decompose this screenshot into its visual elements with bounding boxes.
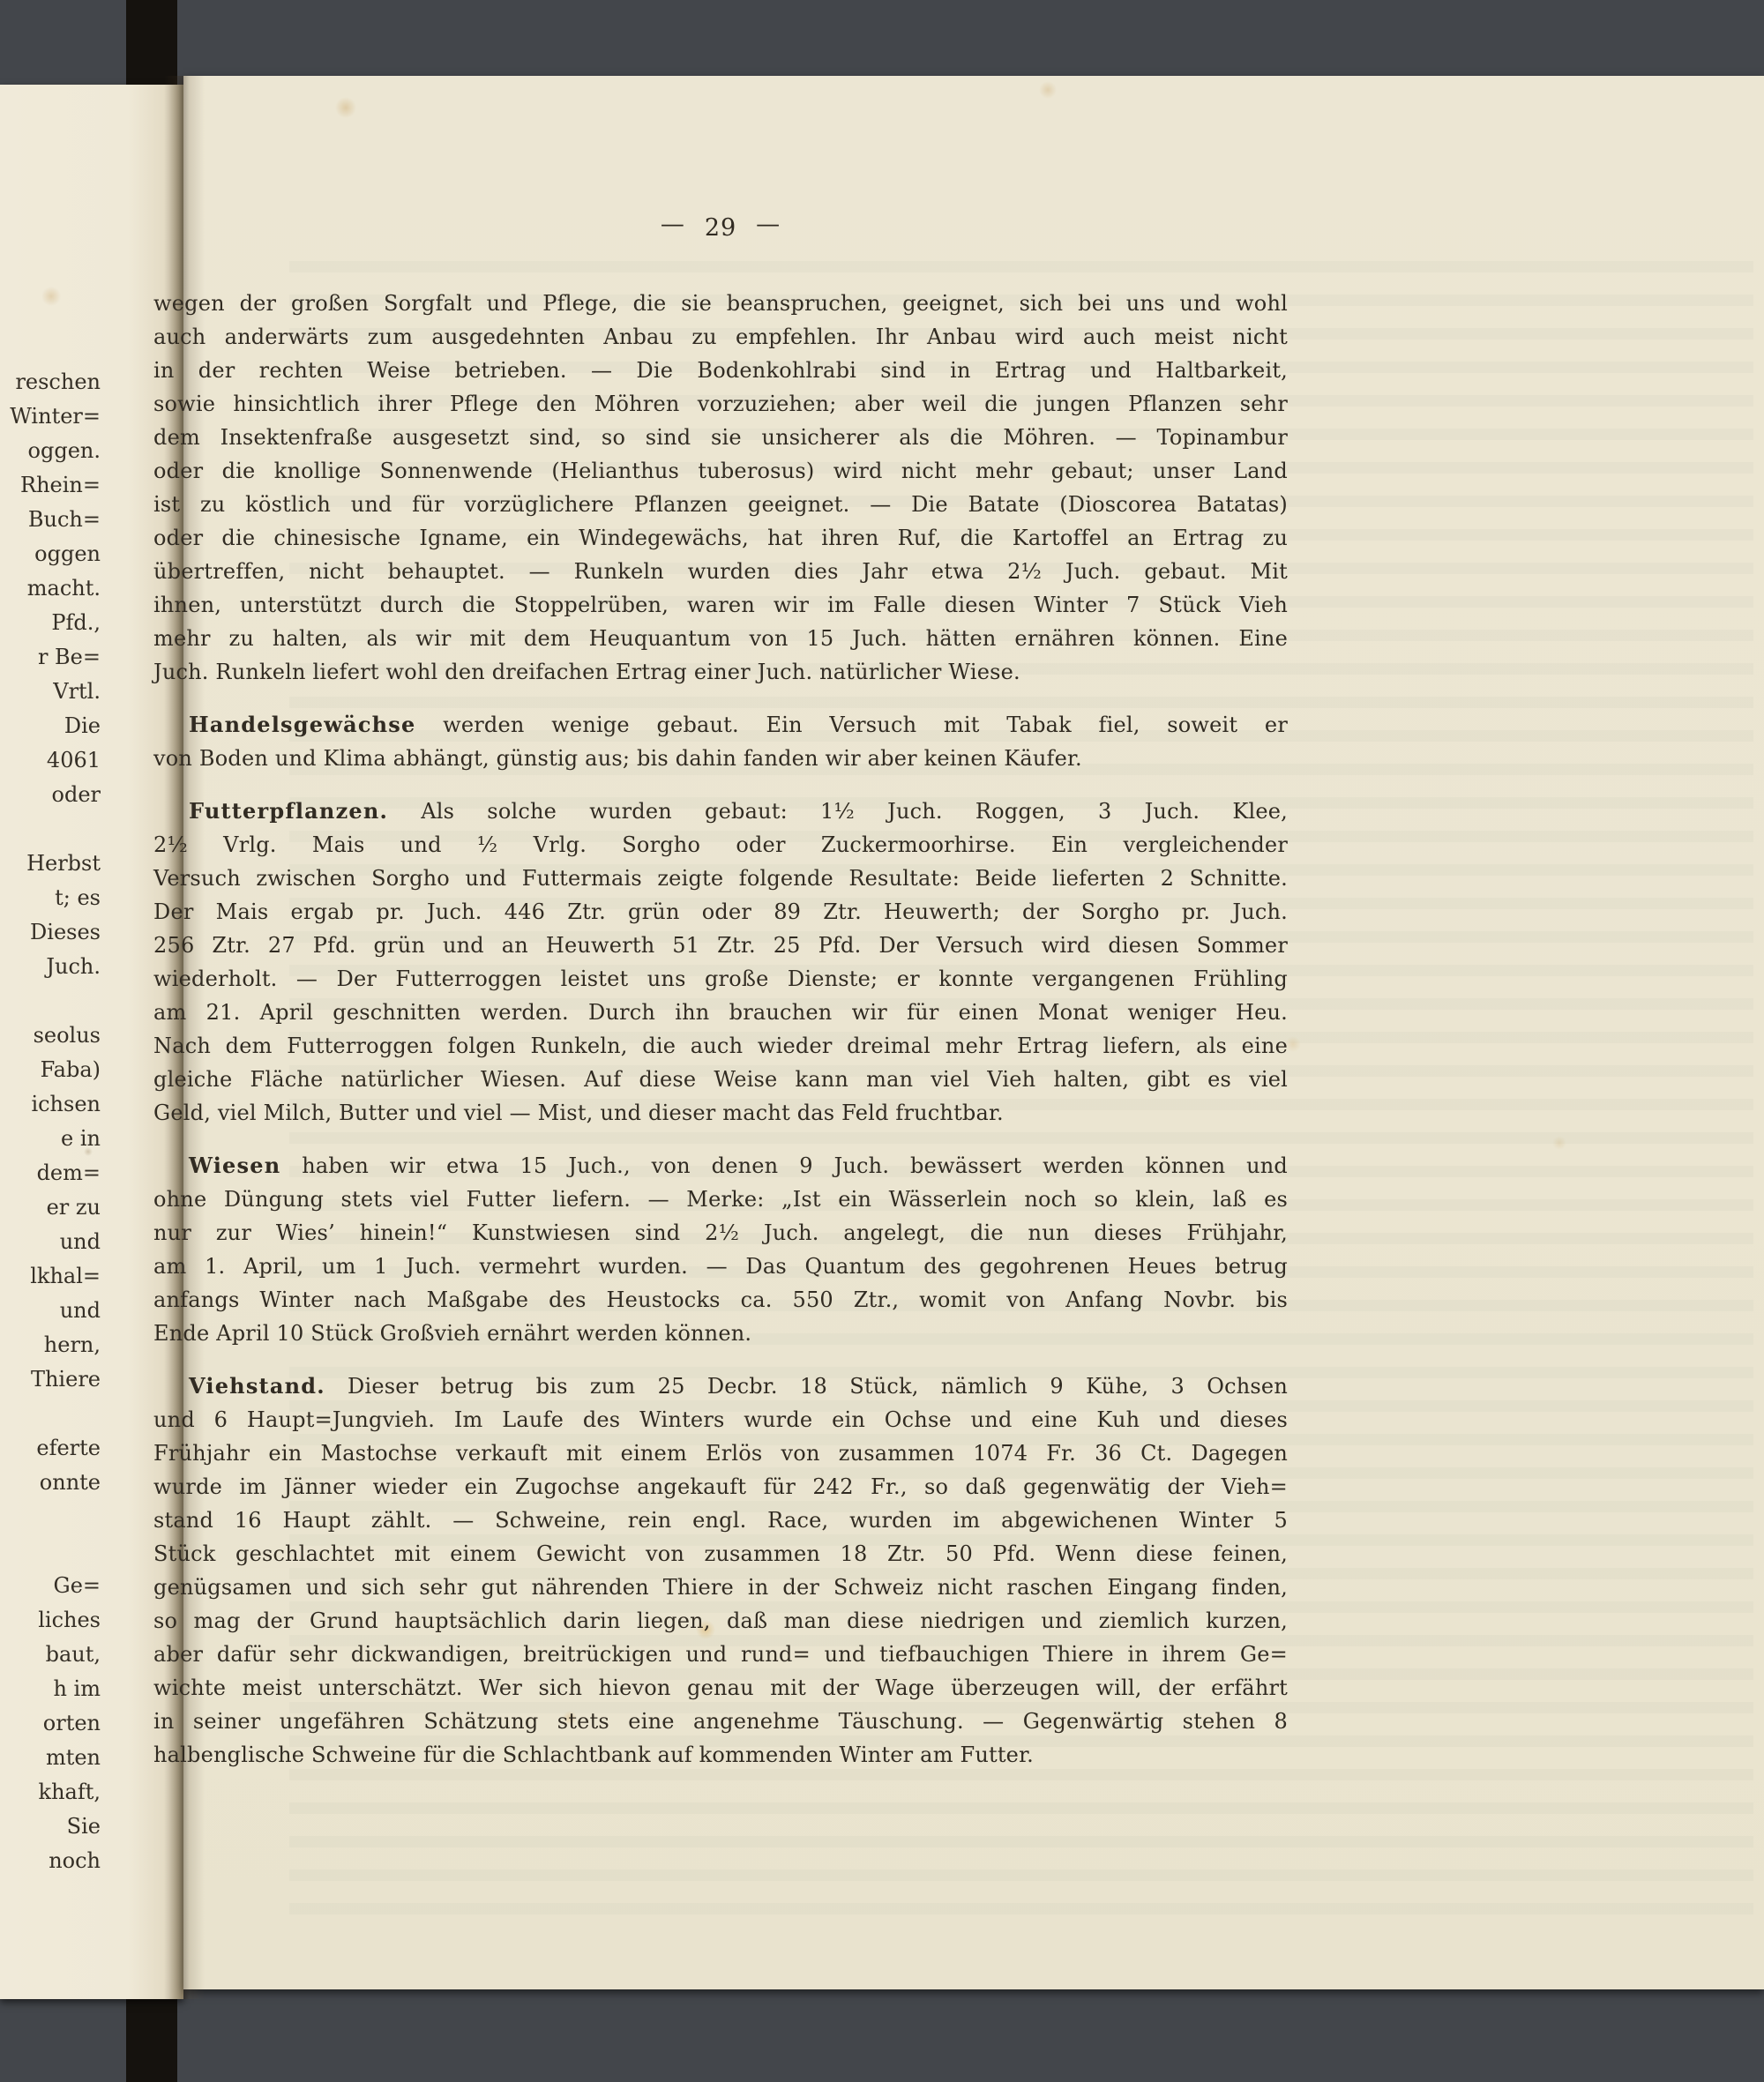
text-fragment: Buch= xyxy=(0,503,104,537)
text-fragment: Winter= xyxy=(0,399,104,434)
text-fragment: oggen xyxy=(0,537,104,571)
text-fragment: er zu xyxy=(0,1190,104,1225)
text-fragment: und xyxy=(0,1294,104,1328)
text-fragment: oder xyxy=(0,778,104,812)
paragraph-handelsgewaechse: Handelsgewächse werden wenige gebaut. Ei… xyxy=(153,708,1288,775)
text-line: wegen der großen Sorgfalt und Pflege, di… xyxy=(153,287,1288,320)
paragraph-wiesen: Wiesen haben wir etwa 15 Juch., von dene… xyxy=(153,1149,1288,1350)
page-number: 29 xyxy=(705,214,736,242)
text-fragment: macht. xyxy=(0,571,104,606)
text-fragment: oggen. xyxy=(0,434,104,468)
paragraph-crops: wegen der großen Sorgfalt und Pflege, di… xyxy=(153,287,1288,689)
facing-page-text-fragments: reschenWinter=oggen.Rhein=Buch=oggenmach… xyxy=(0,365,104,1878)
text-fragment: khaft, xyxy=(0,1775,104,1810)
text-line: wichte meist unterschätzt. Wer sich hiev… xyxy=(153,1671,1288,1705)
text-line: Ende April 10 Stück Großvieh ernährt wer… xyxy=(153,1317,1288,1350)
body-copy: wegen der großen Sorgfalt und Pflege, di… xyxy=(153,287,1288,1791)
text-line: in der rechten Weise betrieben. — Die Bo… xyxy=(153,354,1288,387)
text-line: Wiesen haben wir etwa 15 Juch., von dene… xyxy=(153,1149,1288,1183)
text-line-rest: werden wenige gebaut. Ein Versuch mit Ta… xyxy=(415,713,1288,737)
paragraph-lead: Handelsgewächse xyxy=(189,712,415,737)
text-line: gleiche Fläche natürlicher Wiesen. Auf d… xyxy=(153,1063,1288,1096)
paragraph-lead: Futterpflanzen. xyxy=(189,798,388,824)
text-fragment: Herbst xyxy=(0,847,104,881)
text-fragment: e in xyxy=(0,1122,104,1156)
text-line: auch anderwärts zum ausgedehnten Anbau z… xyxy=(153,320,1288,354)
text-fragment: Rhein= xyxy=(0,468,104,503)
text-line: Frühjahr ein Mastochse verkauft mit eine… xyxy=(153,1437,1288,1470)
text-line: wurde im Jänner wieder ein Zugochse ange… xyxy=(153,1470,1288,1504)
text-line: Handelsgewächse werden wenige gebaut. Ei… xyxy=(153,708,1288,742)
text-line-rest: Dieser betrug bis zum 25 Decbr. 18 Stück… xyxy=(325,1374,1288,1399)
text-fragment: Ge= xyxy=(0,1569,104,1603)
text-line: Stück geschlachtet mit einem Gewicht von… xyxy=(153,1537,1288,1571)
text-line: nur zur Wies’ hinein!“ Kunstwiesen sind … xyxy=(153,1216,1288,1250)
text-line: von Boden und Klima abhängt, günstig aus… xyxy=(153,742,1288,775)
text-fragment: Thiere xyxy=(0,1362,104,1397)
paragraph-lead: Wiesen xyxy=(189,1153,280,1178)
text-fragment: Dieses xyxy=(0,915,104,950)
text-line: stand 16 Haupt zählt. — Schweine, rein e… xyxy=(153,1504,1288,1537)
paragraph-lead: Viehstand. xyxy=(189,1373,325,1399)
text-line: wiederholt. — Der Futterroggen leistet u… xyxy=(153,962,1288,996)
text-line: 2½ Vrlg. Mais und ½ Vrlg. Sorgho oder Zu… xyxy=(153,828,1288,862)
page-header: —29— xyxy=(153,211,1288,246)
text-fragment: reschen xyxy=(0,365,104,399)
text-fragment: Vrtl. xyxy=(0,675,104,709)
text-block: —29— wegen der großen Sorgfalt und Pfleg… xyxy=(153,211,1288,246)
text-line: ist zu köstlich und für vorzüglichere Pf… xyxy=(153,488,1288,521)
text-fragment: 4061 xyxy=(0,743,104,778)
text-line: am 21. April geschnitten werden. Durch i… xyxy=(153,996,1288,1029)
text-fragment: seolus xyxy=(0,1019,104,1053)
header-dash-right: — xyxy=(756,211,781,238)
text-fragment: und xyxy=(0,1225,104,1259)
text-fragment: liches xyxy=(0,1603,104,1638)
text-line-rest: Als solche wurden gebaut: 1½ Juch. Rogge… xyxy=(388,799,1288,824)
text-line: mehr zu halten, als wir mit dem Heuquant… xyxy=(153,622,1288,655)
text-line: oder die knollige Sonnenwende (Helianthu… xyxy=(153,454,1288,488)
text-fragment: r Be= xyxy=(0,640,104,675)
text-fragment: h im xyxy=(0,1672,104,1706)
text-fragment: eferte xyxy=(0,1431,104,1466)
text-fragment: baut, xyxy=(0,1638,104,1672)
text-line: oder die chinesische Igname, ein Windege… xyxy=(153,521,1288,555)
text-line: halbenglische Schweine für die Schlachtb… xyxy=(153,1738,1288,1772)
text-line: Futterpflanzen. Als solche wurden gebaut… xyxy=(153,795,1288,828)
text-line: so mag der Grund hauptsächlich darin lie… xyxy=(153,1604,1288,1638)
text-fragment: Die xyxy=(0,709,104,743)
text-line-rest: haben wir etwa 15 Juch., von denen 9 Juc… xyxy=(280,1153,1288,1178)
text-line: anfangs Winter nach Maßgabe des Heustock… xyxy=(153,1283,1288,1317)
text-fragment: orten xyxy=(0,1706,104,1741)
text-fragment: hern, xyxy=(0,1328,104,1362)
text-fragment: ichsen xyxy=(0,1087,104,1122)
header-dash-left: — xyxy=(661,211,685,238)
text-line: in seiner ungefähren Schätzung stets ein… xyxy=(153,1705,1288,1738)
text-fragment: Juch. xyxy=(0,950,104,984)
text-line: aber dafür sehr dickwandigen, breitrücki… xyxy=(153,1638,1288,1671)
text-fragment: Pfd., xyxy=(0,606,104,640)
text-fragment: Sie xyxy=(0,1810,104,1844)
book-scan: reschenWinter=oggen.Rhein=Buch=oggenmach… xyxy=(0,0,1764,2082)
paragraph-futterpflanzen: Futterpflanzen. Als solche wurden gebaut… xyxy=(153,795,1288,1130)
text-line: am 1. April, um 1 Juch. vermehrt wurden.… xyxy=(153,1250,1288,1283)
text-line: Viehstand. Dieser betrug bis zum 25 Decb… xyxy=(153,1369,1288,1403)
text-fragment: lkhal= xyxy=(0,1259,104,1294)
text-line: Versuch zwischen Sorgho und Futtermais z… xyxy=(153,862,1288,895)
text-line: übertreffen, nicht behauptet. — Runkeln … xyxy=(153,555,1288,588)
text-line: Geld, viel Milch, Butter und viel — Mist… xyxy=(153,1096,1288,1130)
text-line: genügsamen und sich sehr gut nährenden T… xyxy=(153,1571,1288,1604)
text-line: Der Mais ergab pr. Juch. 446 Ztr. grün o… xyxy=(153,895,1288,929)
text-fragment: onnte xyxy=(0,1466,104,1500)
text-fragment: dem= xyxy=(0,1156,104,1190)
text-line: 256 Ztr. 27 Pfd. grün und an Heuwerth 51… xyxy=(153,929,1288,962)
text-line: ohne Düngung stets viel Futter liefern. … xyxy=(153,1183,1288,1216)
text-line: und 6 Haupt=Jungvieh. Im Laufe des Winte… xyxy=(153,1403,1288,1437)
text-fragment: Faba) xyxy=(0,1053,104,1087)
text-fragment: noch xyxy=(0,1844,104,1878)
text-line: Nach dem Futterroggen folgen Runkeln, di… xyxy=(153,1029,1288,1063)
paragraph-viehstand: Viehstand. Dieser betrug bis zum 25 Decb… xyxy=(153,1369,1288,1772)
text-fragment: t; es xyxy=(0,881,104,915)
text-line: sowie hinsichtlich ihrer Pflege den Möhr… xyxy=(153,387,1288,421)
text-fragment: mten xyxy=(0,1741,104,1775)
text-line: Juch. Runkeln liefert wohl den dreifache… xyxy=(153,655,1288,689)
text-line: ihnen, unterstützt durch die Stoppelrübe… xyxy=(153,588,1288,622)
text-line: dem Insektenfraße ausgesetzt sind, so si… xyxy=(153,421,1288,454)
